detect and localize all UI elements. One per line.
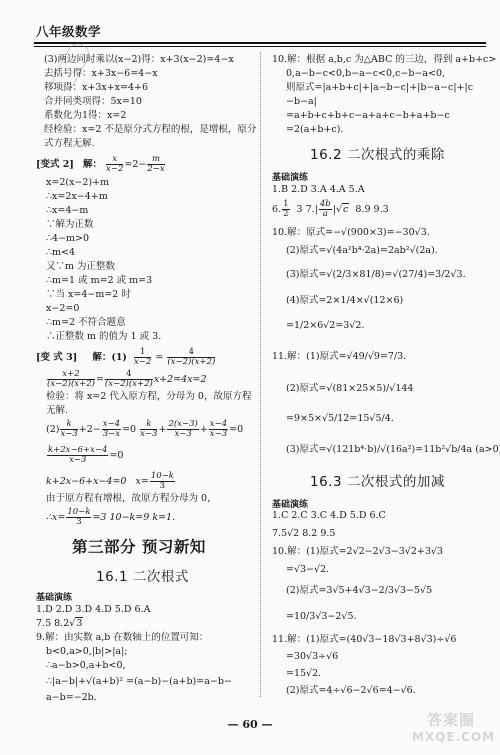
text-line: 0,a−b−c<0,b−a−c<0,c−b−a<0, bbox=[286, 67, 445, 81]
solve-label: 解： bbox=[83, 159, 102, 170]
step-line: x=2(x−2)+m bbox=[46, 176, 109, 190]
header-rule bbox=[34, 42, 486, 47]
fraction: k+2x−6+x−4x−3 bbox=[47, 446, 108, 465]
text-line: 系数化为1得：x=2 bbox=[44, 109, 126, 123]
fraction: 4(x−2)(x+2) bbox=[105, 370, 153, 389]
text-line: =√3−√2. bbox=[286, 563, 329, 577]
fraction: 4ba bbox=[319, 200, 332, 219]
variant2-label: [变式 2] bbox=[36, 159, 74, 170]
part-title: 第三部分 预习新知 bbox=[72, 535, 206, 557]
text-line: 检验：将 x=2 代入原方程，分母为 0，故原方程 bbox=[46, 390, 251, 404]
text-line: ∴a−b>0,a+b<0, bbox=[46, 659, 126, 673]
text-line: 合并同类项得：5x=10 bbox=[44, 96, 142, 107]
step-line: 又∵m 为正整数 bbox=[46, 260, 115, 274]
text-line: 式方程无解. bbox=[44, 137, 95, 151]
answers-line: 1.B 2.D 3.A 4.A 5.A bbox=[272, 183, 365, 197]
step-line: x−2=0 bbox=[46, 302, 79, 316]
fraction: 12 bbox=[282, 200, 289, 219]
text-line: =9×5×√5/12=15√5/4. bbox=[286, 412, 394, 426]
step-line: ∴m=2 不符合题意 bbox=[46, 316, 126, 330]
step-line: ∴x=2x−4+m bbox=[46, 190, 108, 204]
fraction: 2(x−3)x−3 bbox=[167, 420, 198, 439]
text-line: (4)原式=2×1/4×√(12×6) bbox=[286, 294, 403, 308]
variant3-heading: [变 式 3] 解：(1) 1x−2 = 4(x−2)(x+2) bbox=[36, 348, 216, 367]
text-line: 由于原方程有增根，故原方程分母为 0， bbox=[46, 492, 217, 506]
step-line: ∴正整数 m 的值为 1 或 3. bbox=[46, 330, 161, 344]
text-line: 合并同类项得：5x=10 bbox=[44, 95, 142, 109]
step-line: ∴x=4−m bbox=[46, 204, 88, 218]
text-line: 移项得：x+3x+x=4+6 bbox=[44, 81, 148, 95]
answers-line: 7.5 8.2√3 bbox=[36, 617, 83, 631]
text-line: =2(a+b+c). bbox=[286, 123, 343, 137]
variant2-heading: [变式 2] 解： xx−2=2−m2−x bbox=[36, 155, 166, 174]
fraction: x+2(x−2)(x+2) bbox=[47, 370, 95, 389]
text-line: 10.解：根据 a,b,c 为△ABC 的三边，得到 a+b+c> bbox=[272, 53, 496, 67]
column-divider bbox=[260, 52, 261, 697]
answers-line: 1.C 2.C 3.C 4.D 5.D 6.C bbox=[272, 509, 386, 523]
fraction: xx−2 bbox=[106, 155, 123, 174]
text-line: (3)原式=√(121b⁴·b)/√(16a²)=11b²√b/4a (a>0)… bbox=[286, 443, 500, 457]
watermark-text: 答案圈 bbox=[412, 709, 490, 730]
text-line: (2)原式=√(4a²b⁴·2a)=2ab²√(2a). bbox=[286, 244, 438, 258]
answers-line: 1.D 2.D 3.D 4.D 5.D 6.A bbox=[36, 603, 150, 617]
text-line: (3)两边同时乘以(x−2)得：x+3(x−2)=4−x bbox=[44, 53, 234, 67]
text-line: (3)原式=√(2/3×81/8)=√(27/4)=3/2√3. bbox=[286, 268, 466, 282]
text-line: −b−a| bbox=[286, 95, 317, 109]
text-line: =30√3÷√6 bbox=[286, 650, 338, 664]
watermark-logo: 答案圈 MXQE.COM bbox=[412, 709, 490, 749]
step-line: ∴4−m>0 bbox=[46, 232, 89, 246]
text-line: 11.解：(1)原式=√49/√9=7/3. bbox=[272, 350, 406, 364]
fraction: 4(x−2)(x+2) bbox=[167, 348, 215, 367]
text-line: 10.解：(1)原式=2√2−2√3−3√2+3√3 bbox=[272, 545, 443, 559]
text-line: =10/3√3−2√5. bbox=[286, 610, 357, 624]
fraction: 10−k3 bbox=[150, 472, 175, 491]
fraction: 10−k3 bbox=[66, 508, 91, 527]
fraction: kx−3 bbox=[60, 420, 77, 439]
fraction: m2−x bbox=[147, 155, 164, 174]
equation-line: (2)kx−3+2−x−43−x=0 kx−3+2(x−3)x−3+x−4x−3… bbox=[46, 420, 243, 439]
step-line: ∵当 x=4−m=2 时 bbox=[46, 288, 131, 302]
fraction: x−4x−3 bbox=[209, 420, 228, 439]
section-title: 16.3 二次根式的加减 bbox=[310, 470, 445, 490]
text-line: =15√2. bbox=[286, 667, 321, 681]
text-line: 无解. bbox=[46, 404, 68, 418]
text-line: 11.解：(1)原式=(40√3−18√3+8√3)÷√6 bbox=[272, 633, 456, 647]
variant3-label: [变 式 3] bbox=[36, 352, 77, 363]
text-line: =1/2×6√2=3√2. bbox=[286, 319, 364, 333]
answers-line: 6.12 3 7.|4ba|√c 8.9 9.3 bbox=[272, 200, 389, 219]
text-line: =a+b+c+b+c−a+a+c−b+a+b−c bbox=[286, 109, 450, 123]
section-title: 16.1 二次根式 bbox=[96, 565, 189, 585]
watermark-url: MXQE.COM bbox=[412, 730, 490, 744]
text-line: 去括号得：x+3x−6=4−x bbox=[44, 67, 158, 81]
sub-heading: 基础演练 bbox=[272, 170, 308, 183]
text-line: b<0,a>0,|b|>|a|; bbox=[46, 645, 128, 659]
step-line: ∴m<4 bbox=[46, 246, 75, 260]
solve-label: 解：(1) bbox=[92, 352, 127, 363]
text-line: ∴|a−b|+√(a+b)² =(a−b)−(a+b)=a−b− bbox=[46, 675, 232, 689]
equation-line: k+2x−6+x−4=0 x=10−k3 bbox=[46, 472, 176, 491]
equation-line: x+2(x−2)(x+2)=4(x−2)(x+2)x+2=4x=2 bbox=[46, 370, 207, 389]
answers-line: 7.5√2 8.2 9.5 bbox=[272, 527, 335, 541]
text-line: 经检验：x=2 不是原分式方程的根，是增根，原分 bbox=[44, 123, 256, 137]
fraction: kx−3 bbox=[140, 420, 157, 439]
text-line: (2)原式=√(81×25×5)/√144 bbox=[286, 382, 413, 396]
text-line: 9.解：由实数 a,b 在数轴上的位置可知： bbox=[36, 631, 208, 645]
fraction: x−43−x bbox=[102, 420, 121, 439]
equation-line: k+2x−6+x−4x−3=0 bbox=[46, 446, 123, 465]
fraction: 1x−2 bbox=[134, 348, 151, 367]
text-line: a−b=−2b. bbox=[46, 691, 97, 705]
page-header-title: 八年级数学 bbox=[36, 22, 101, 40]
sub-heading: 基础演练 bbox=[36, 590, 72, 603]
step-line: ∴m=1 或 m=2 或 m=3 bbox=[46, 274, 152, 288]
equation-line: ∴x=10−k3=3 10−k=9 k=1. bbox=[46, 508, 175, 527]
text-line: (2)原式=3√5+4√3−2/3√3−5√5 bbox=[286, 584, 432, 598]
step-line: ∵解为正数 bbox=[46, 218, 94, 232]
text-line: 则原式=|a+b+c|+|a−b−c|+|b−a−c|+|c bbox=[286, 81, 473, 95]
text-line: (2)原式=4÷√6−2√6=4−√6. bbox=[286, 684, 416, 698]
section-title: 16.2 二次根式的乘除 bbox=[310, 143, 445, 163]
text-line: 10.解：原式=−√(900×3)=−30√3. bbox=[272, 226, 430, 240]
